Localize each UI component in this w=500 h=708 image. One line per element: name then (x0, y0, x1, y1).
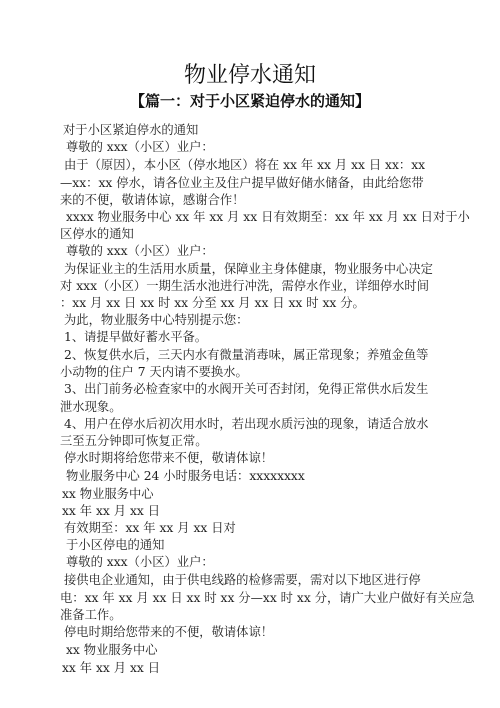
text-line: xx 物业服务中心 (66, 642, 158, 658)
document-subtitle: 【篇一：对于小区紧迫停水的通知】 (0, 91, 500, 111)
text-line: 尊敬的 xxx（小区）业户： (66, 243, 214, 259)
text-line: 为保证业主的生活用水质量，保障业主身体健康，物业服务中心决定 (64, 261, 433, 277)
document-page: 物业停水通知 【篇一：对于小区紧迫停水的通知】 对于小区紧迫停水的通知尊敬的 x… (0, 0, 500, 708)
text-line: 于小区停电的通知 (66, 537, 164, 553)
text-line: 2、恢复供水后，三天内水有微量消毒味，属正常现象；养殖金鱼等 (64, 347, 428, 363)
text-line: 为此，物业服务中心特别提示您： (64, 312, 248, 328)
text-line: xx 年 xx 月 xx 日 (62, 660, 160, 676)
text-line: 物业服务中心 24 小时服务电话：xxxxxxxx (66, 468, 305, 484)
text-line: 电：xx 年 xx 月 xx 日 xx 时 xx 分—xx 时 xx 分，请广大… (60, 590, 475, 606)
document-title: 物业停水通知 (0, 63, 500, 89)
text-line: ：xx 月 xx 日 xx 时 xx 分至 xx 月 xx 日 xx 时 xx … (60, 295, 365, 311)
text-line: xxxx 物业服务中心 xx 年 xx 月 xx 日有效期至：xx 年 xx 月… (66, 209, 470, 225)
text-line: 对于小区紧迫停水的通知 (63, 122, 198, 138)
text-line: 来的不便，敬请体谅，感谢合作！ (60, 192, 244, 208)
text-line: 尊敬的 xxx（小区）业户： (66, 554, 214, 570)
text-line: 4、用户在停水后初次用水时，若出现水质污浊的现象，请适合放水 (64, 416, 428, 432)
text-line: 泄水现象。 (60, 399, 122, 415)
text-line: 对 xxx（小区）一期生活水池进行冲洗，需停水作业，详细停水时间 (60, 278, 429, 294)
text-line: 尊敬的 xxx（小区）业户： (66, 139, 214, 155)
text-line: 1、请提早做好蓄水平备。 (64, 329, 207, 345)
text-line: 区停水的通知 (60, 226, 134, 242)
text-line: 接供电企业通知，由于供电线路的检修需要，需对以下地区进行停 (64, 572, 421, 588)
text-line: —xx：xx 停水，请各位业主及住户提早做好储水储备，由此给您带 (60, 175, 424, 191)
text-line: 小动物的住户 7 天内请不要换水。 (60, 364, 248, 380)
text-line: 有效期至：xx 年 xx 月 xx 日对 (64, 520, 236, 536)
text-line: xx 年 xx 月 xx 日 (62, 503, 160, 519)
text-line: 3、出门前务必检查家中的水阀开关可否封闭，免得正常供水后发生 (64, 381, 428, 397)
text-line: 三至五分钟即可恢复正常。 (60, 433, 208, 449)
text-line: 停水时期将给您带来不便，敬请体谅！ (64, 450, 273, 466)
text-line: 准备工作。 (60, 607, 122, 623)
text-line: 由于（原因），本小区（停水地区）将在 xx 年 xx 月 xx 日 xx：xx (64, 157, 425, 173)
text-line: 停电时期给您带来的不便，敬请体谅！ (64, 624, 273, 640)
text-line: xx 物业服务中心 (62, 486, 154, 502)
